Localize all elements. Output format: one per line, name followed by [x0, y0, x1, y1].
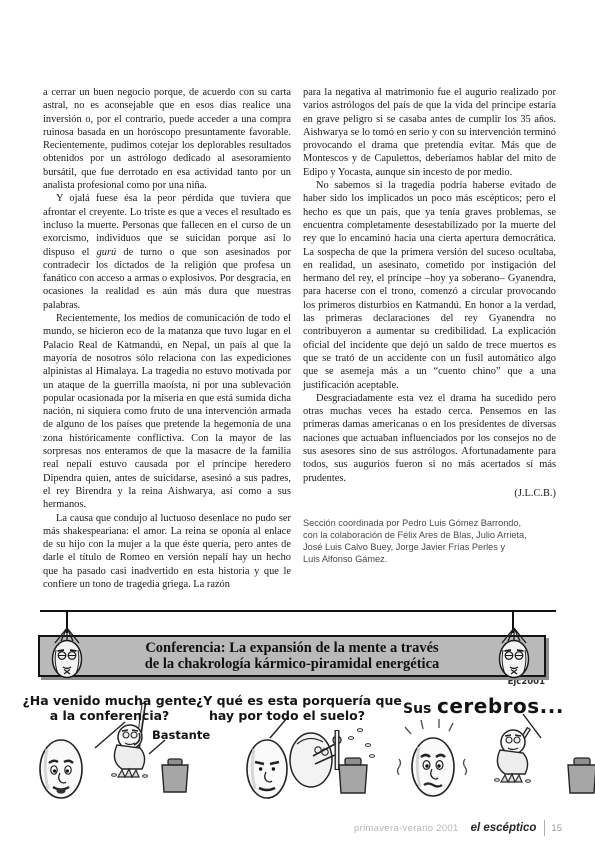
section-credits-line: Sección coordinada por Pedro Luis Gómez … [303, 517, 556, 529]
divider-rule [40, 610, 556, 612]
footer-page-number: 15 [551, 823, 562, 834]
guru-head-icon [42, 626, 92, 682]
page-footer: primavera-verano 2001 el escéptico 15 [354, 820, 562, 836]
guru-panel2 [290, 733, 341, 787]
article-right-column: para la negativa al matrimonio fue el au… [303, 86, 556, 565]
comic-banner: Conferencia: La expansión de la mente a … [38, 635, 546, 677]
paragraph: a cerrar un buen negocio porque, de acue… [43, 86, 291, 192]
speech-panel3: Sus cerebros... [403, 694, 553, 718]
guru-head-icon [489, 626, 539, 682]
speech-line: hay por todo el suelo? [196, 708, 378, 723]
banner-title-line1: Conferencia: La expansión de la mente a … [145, 640, 438, 657]
trash-can [339, 758, 367, 793]
author-initials: (J.L.C.B.) [303, 487, 556, 500]
trash-can [568, 758, 595, 793]
trash-can [162, 759, 188, 792]
speech-line: ¿Y qué es esta porquería que [196, 693, 378, 708]
magazine-page: a cerrar un buen negocio porque, de acue… [0, 0, 595, 842]
guru-panel3 [495, 728, 531, 782]
bald-man-panel3 [398, 719, 467, 796]
banner-title-line2: de la chakrología kármico-piramidal ener… [145, 656, 440, 673]
footer-divider [544, 820, 545, 836]
paragraph: para la negativa al matrimonio fue el au… [303, 86, 556, 179]
italic-word: gurú [97, 247, 117, 258]
speech-line: ¿Ha venido mucha gente [22, 693, 197, 708]
speech-word: Sus [403, 701, 431, 717]
speech-panel1-reply: Bastante [152, 728, 222, 742]
paragraph: Desgraciadamente esta vez el drama ha su… [303, 392, 556, 485]
speech-pointer [149, 740, 165, 754]
speech-panel2: ¿Y qué es esta porquería que hay por tod… [196, 693, 378, 723]
section-credits: Sección coordinada por Pedro Luis Gómez … [303, 517, 556, 565]
speech-word: cerebros... [437, 694, 564, 718]
paragraph: Y ojalá fuese ésa la peor pérdida que tu… [43, 192, 291, 312]
paragraph: Recientemente, los medios de comunicació… [43, 312, 291, 511]
brain-pile [118, 769, 139, 777]
debris-panel2 [348, 729, 374, 758]
section-credits-line: José Luis Calvo Buey, Jorge Javier Frías… [303, 541, 556, 553]
bald-man-panel1 [40, 740, 82, 798]
paragraph: No sabemos si la tragedia podría haberse… [303, 179, 556, 392]
brain-pile [501, 774, 522, 782]
bald-man-panel2 [247, 740, 287, 798]
footer-issue: primavera-verano 2001 [354, 823, 459, 834]
speech-line: a la conferencia? [22, 708, 197, 723]
speech-panel1: ¿Ha venido mucha gente a la conferencia? [22, 693, 197, 723]
footer-magazine-title: el escéptico [471, 822, 537, 834]
section-credits-line: con la colaboración de Félix Ares de Bla… [303, 529, 556, 541]
section-credits-line: Luis Alfonso Gámez. [303, 553, 556, 565]
article-left-column: a cerrar un buen negocio porque, de acue… [43, 86, 291, 614]
paragraph: La causa que condujo al luctuoso desenla… [43, 512, 291, 592]
